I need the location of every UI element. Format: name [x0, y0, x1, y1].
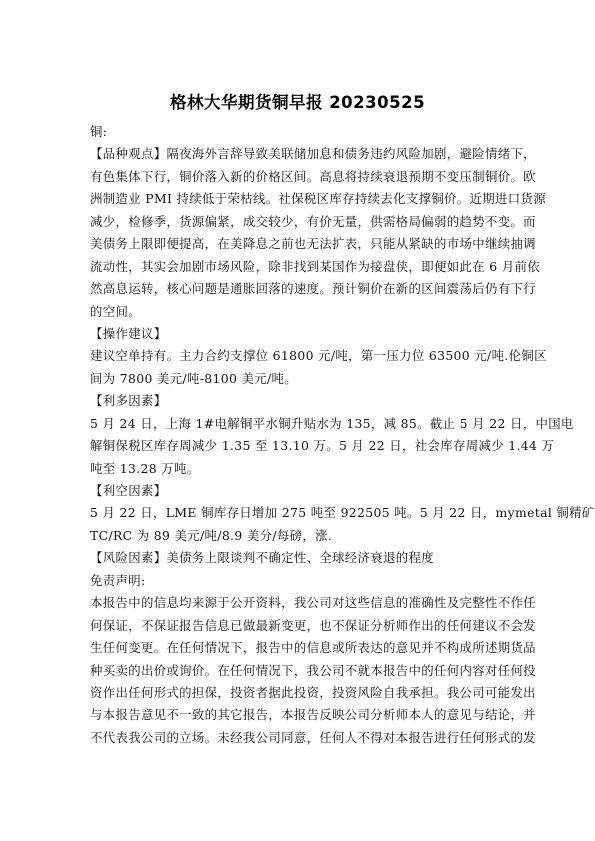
text-line: 【风险因素】美债务上限谈判不确定性、全球经济衰退的程度: [90, 547, 506, 569]
text-line: 然高息运转，核心问题是通胀回落的速度。预计铜价在新的区间震荡后仍有下行: [90, 278, 506, 300]
section-risk-factors: 【风险因素】美债务上限谈判不确定性、全球经济衰退的程度: [90, 547, 506, 569]
section-bullish-factors: 【利多因素】5 月 24 日，上海 1#电解铜平水铜升贴水为 135，减 85。…: [90, 390, 506, 480]
text-line: 何保证，不保证报告信息已做最新变更，也不保证分析师作出的任何建议不会发: [90, 615, 506, 637]
text-line: 美债务上限即便提高，在美降息之前也无法扩表，只能从紧缺的市场中继续抽调: [90, 233, 506, 255]
document-body: 铜:【品种观点】隔夜海外言辞导致美联储加息和债务违约风险加剧，避险情绪下，有色集…: [90, 121, 506, 749]
text-line: 生任何变更。在任何情况下，报告中的信息或所表达的意见并不构成所述期货品: [90, 637, 506, 659]
page-title: 格林大华期货铜早报 20230525: [0, 89, 595, 113]
text-line: 5 月 24 日，上海 1#电解铜平水铜升贴水为 135，减 85。截止 5 月…: [90, 413, 506, 435]
text-line: 建议空单持有。主力合约支撑位 61800 元/吨，第一压力位 63500 元/吨…: [90, 345, 506, 367]
text-line: TC/RC 为 89 美元/吨/8.9 美分/每磅，涨.: [90, 525, 506, 547]
text-line: 【品种观点】隔夜海外言辞导致美联储加息和债务违约风险加剧，避险情绪下，: [90, 143, 506, 165]
text-line: 种买卖的出价或询价。在任何情况下，我公司不就本报告中的任何内容对任何投: [90, 660, 506, 682]
section-bearish-factors: 【利空因素】5 月 22 日，LME 铜库存日增加 275 吨至 922505 …: [90, 480, 506, 547]
section-disclaimer: 免责声明:本报告中的信息均来源于公开资料，我公司对这些信息的准确性及完整性不作任…: [90, 570, 506, 750]
text-line: 本报告中的信息均来源于公开资料，我公司对这些信息的准确性及完整性不作任: [90, 592, 506, 614]
text-line: 洲制造业 PMI 持续低于荣枯线。社保税区库存持续去化支撑铜价。近期进口货源: [90, 188, 506, 210]
text-line: 【操作建议】: [90, 323, 506, 345]
text-line: 【利空因素】: [90, 480, 506, 502]
document-page: 格林大华期货铜早报 20230525 铜:【品种观点】隔夜海外言辞导致美联储加息…: [0, 0, 595, 841]
section-operation-advice: 【操作建议】建议空单持有。主力合约支撑位 61800 元/吨，第一压力位 635…: [90, 323, 506, 390]
text-line: 【利多因素】: [90, 390, 506, 412]
text-line: 流动性，其实会加剧市场风险，除非找到某国作为接盘侠，即便如此在 6 月前依: [90, 256, 506, 278]
text-line: 间为 7800 美元/吨-8100 美元/吨。: [90, 368, 506, 390]
text-line: 不代表我公司的立场。未经我公司同意，任何人不得对本报告进行任何形式的发: [90, 727, 506, 749]
text-line: 的空间。: [90, 301, 506, 323]
text-line: 吨至 13.28 万吨。: [90, 458, 506, 480]
text-line: 铜:: [90, 121, 506, 143]
text-line: 与本报告意见不一致的其它报告，本报告反映公司分析师本人的意见与结论，并: [90, 704, 506, 726]
text-line: 免责声明:: [90, 570, 506, 592]
section-metal: 铜:: [90, 121, 506, 143]
text-line: 解铜保税区库存周减少 1.35 至 13.10 万。5 月 22 日，社会库存周…: [90, 435, 506, 457]
text-line: 资作出任何形式的担保，投资者据此投资，投资风险自我承担。我公司可能发出: [90, 682, 506, 704]
text-line: 5 月 22 日，LME 铜库存日增加 275 吨至 922505 吨。5 月 …: [90, 502, 506, 524]
text-line: 减少，检修季，货源偏紧，成交较少，有价无量，供需格局偏弱的趋势不变。而: [90, 211, 506, 233]
section-variety-view: 【品种观点】隔夜海外言辞导致美联储加息和债务违约风险加剧，避险情绪下，有色集体下…: [90, 143, 506, 323]
text-line: 有色集体下行，铜价落入新的价格区间。高息将持续衰退预期不变压制铜价。欧: [90, 166, 506, 188]
